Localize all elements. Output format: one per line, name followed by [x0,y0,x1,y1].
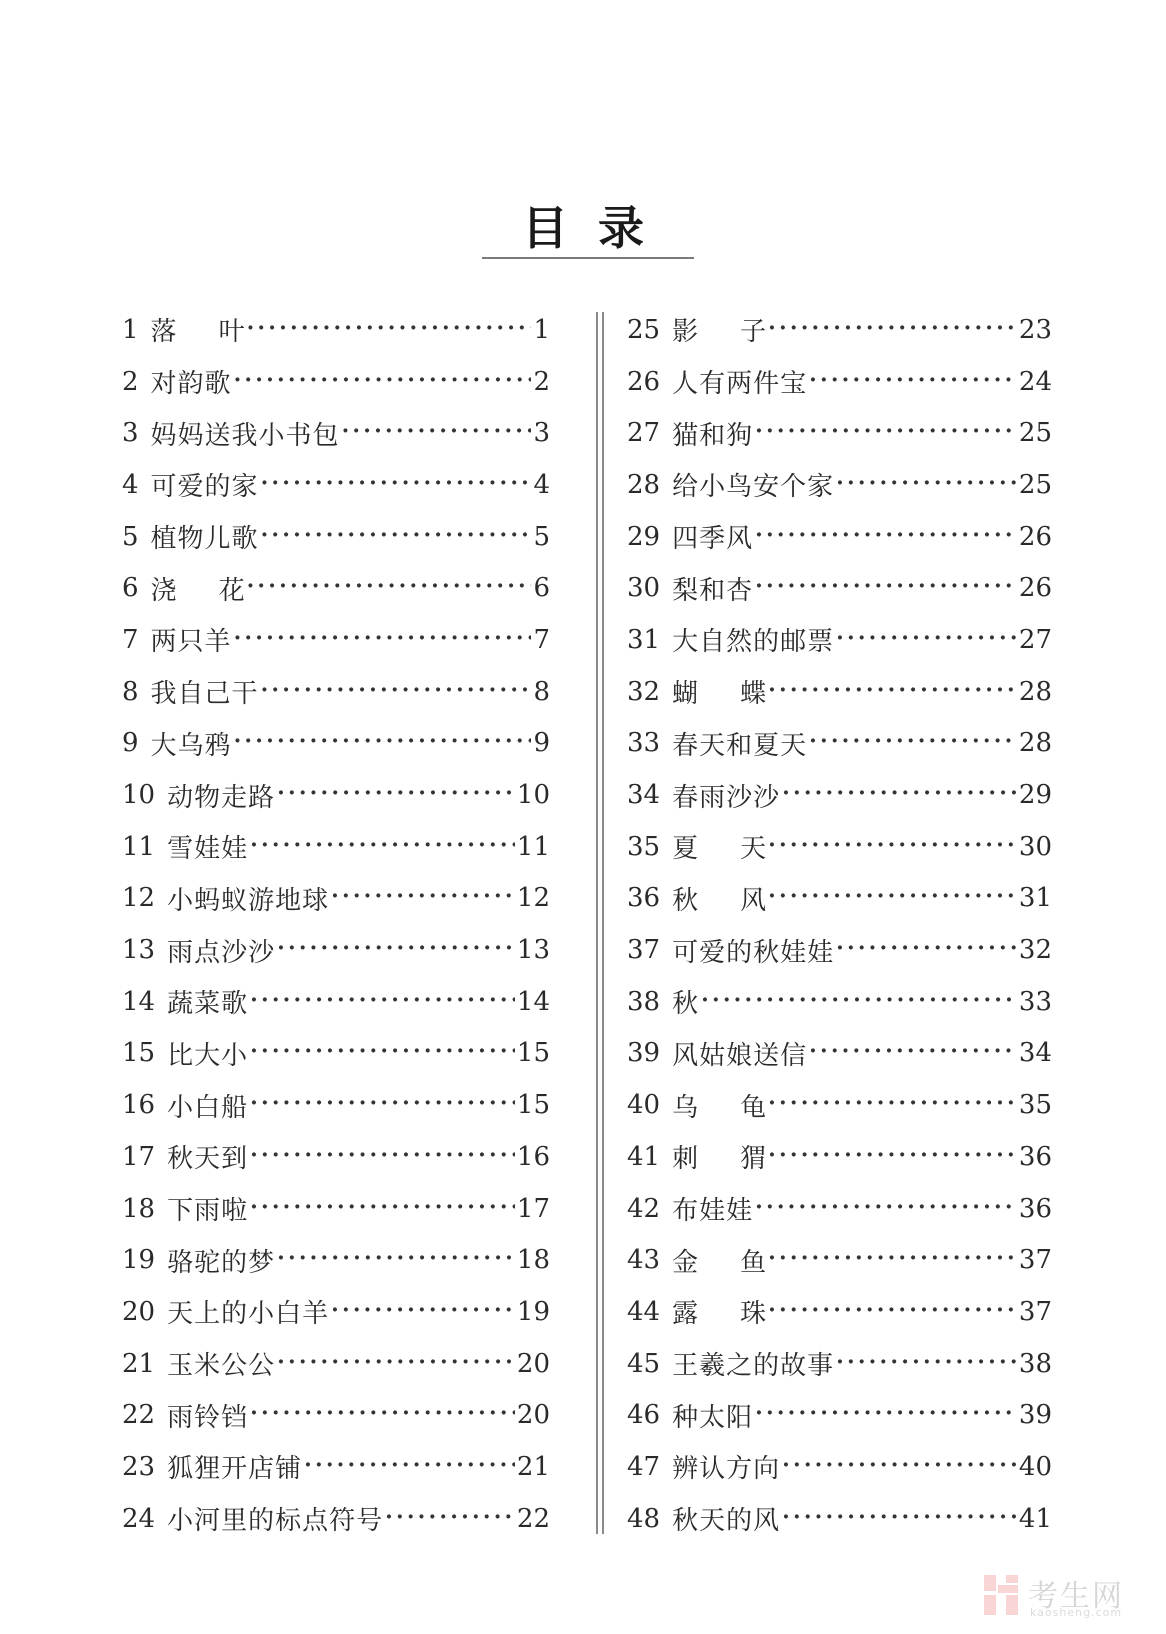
entry-page-number: 30 [1019,832,1052,862]
entry-page-number: 14 [517,987,550,1017]
entry-title: 雨铃铛 [167,1397,248,1434]
entry-title: 大乌鸦 [151,725,232,762]
dot-leader [755,524,1017,550]
entry-number: 15 [122,1038,167,1068]
dot-leader [385,1506,515,1532]
dot-leader [809,1040,1017,1066]
toc-entry[interactable]: 40乌龟35 [627,1079,1052,1131]
entry-number: 32 [627,677,672,707]
dot-leader [809,369,1017,395]
dot-leader [768,1247,1017,1273]
dot-leader [277,1351,515,1377]
entry-page-number: 29 [1019,780,1052,810]
entry-title: 人有两件宝 [672,363,807,400]
page-title: 目录 [0,198,1166,258]
entry-page-number: 37 [1019,1297,1052,1327]
toc-entry[interactable]: 4可爱的家4 [122,459,550,511]
entry-title: 下雨啦 [167,1190,248,1227]
title-underline [482,257,694,259]
entry-title: 落叶 [151,311,245,348]
entry-number: 17 [122,1142,167,1172]
toc-entry[interactable]: 46种太阳39 [627,1389,1052,1441]
entry-page-number: 33 [1019,987,1052,1017]
entry-number: 22 [122,1400,167,1430]
entry-page-number: 2 [533,367,550,397]
entry-number: 37 [627,935,672,965]
entry-title: 金鱼 [672,1242,766,1279]
entry-number: 18 [122,1194,167,1224]
entry-number: 47 [627,1452,672,1482]
entry-page-number: 26 [1019,522,1052,552]
entry-number: 25 [627,315,672,345]
entry-title: 猫和狗 [672,415,753,452]
entry-title: 雪娃娃 [167,828,248,865]
entry-number: 7 [122,625,151,655]
entry-number: 29 [627,522,672,552]
dot-leader [247,575,532,601]
dot-leader [234,730,532,756]
toc-entry[interactable]: 42布娃娃36 [627,1183,1052,1235]
toc-entry[interactable]: 5植物儿歌5 [122,511,550,563]
dot-leader [755,1196,1017,1222]
toc-entry[interactable]: 15比大小15 [122,1028,550,1080]
entry-title: 露珠 [672,1293,766,1330]
entry-number: 11 [122,832,167,862]
entry-number: 46 [627,1400,672,1430]
entry-page-number: 12 [517,883,550,913]
entry-number: 10 [122,780,167,810]
toc-entry[interactable]: 34春雨沙沙29 [627,769,1052,821]
entry-number: 23 [122,1452,167,1482]
entry-number: 48 [627,1504,672,1534]
entry-number: 27 [627,418,672,448]
watermark-logo-icon [984,1575,1018,1615]
entry-page-number: 40 [1019,1452,1052,1482]
entry-page-number: 25 [1019,418,1052,448]
dot-leader [304,1454,515,1480]
dot-leader [768,317,1017,343]
toc-entry[interactable]: 30梨和杏26 [627,562,1052,614]
toc-entry[interactable]: 14蔬菜歌14 [122,976,550,1028]
entry-title: 小蚂蚁游地球 [167,880,329,917]
dot-leader [331,885,515,911]
dot-leader [755,575,1017,601]
entry-page-number: 36 [1019,1194,1052,1224]
toc-entry[interactable]: 18下雨啦17 [122,1183,550,1235]
entry-number: 21 [122,1349,167,1379]
entry-number: 1 [122,315,151,345]
entry-title: 玉米公公 [167,1345,275,1382]
entry-page-number: 41 [1019,1504,1052,1534]
dot-leader [261,679,532,705]
entry-page-number: 15 [517,1090,550,1120]
entry-page-number: 31 [1019,883,1052,913]
dot-leader [250,1092,515,1118]
entry-number: 16 [122,1090,167,1120]
entry-title: 秋风 [672,880,766,917]
toc-entry[interactable]: 43金鱼37 [627,1234,1052,1286]
dot-leader [250,1402,515,1428]
entry-number: 35 [627,832,672,862]
toc-entry[interactable]: 2对韵歌2 [122,356,550,408]
entry-page-number: 38 [1019,1349,1052,1379]
entry-title: 王羲之的故事 [672,1345,834,1382]
entry-page-number: 15 [517,1038,550,1068]
dot-leader [342,420,532,446]
entry-number: 45 [627,1349,672,1379]
dot-leader [250,1040,515,1066]
entry-page-number: 20 [517,1400,550,1430]
toc-entry[interactable]: 32蝴蝶28 [627,666,1052,718]
entry-number: 40 [627,1090,672,1120]
entry-title: 秋 [672,983,699,1020]
dot-leader [755,420,1017,446]
entry-title: 给小鸟安个家 [672,466,834,503]
toc-entry[interactable]: 26人有两件宝24 [627,356,1052,408]
entry-number: 20 [122,1297,167,1327]
watermark-url: kaosheng.com [1030,1606,1122,1619]
entry-number: 30 [627,573,672,603]
entry-number: 5 [122,522,151,552]
entry-title: 影子 [672,311,766,348]
entry-number: 12 [122,883,167,913]
entry-title: 植物儿歌 [151,518,259,555]
toc-entry[interactable]: 19骆驼的梦18 [122,1234,550,1286]
toc-entry[interactable]: 3妈妈送我小书包3 [122,407,550,459]
entry-title: 四季风 [672,518,753,555]
entry-title: 夏天 [672,828,766,865]
dot-leader [701,989,1017,1015]
toc-column-right: 25影子2326人有两件宝2427猫和狗2528给小鸟安个家2529四季风263… [627,304,1052,1545]
toc-column-left: 1落叶12对韵歌23妈妈送我小书包34可爱的家45植物儿歌56浇花67两只羊78… [122,304,550,1545]
dot-leader [836,472,1017,498]
entry-title: 可爱的秋娃娃 [672,932,834,969]
entry-number: 8 [122,677,151,707]
entry-page-number: 23 [1019,315,1052,345]
toc-entry[interactable]: 7两只羊7 [122,614,550,666]
entry-title: 梨和杏 [672,570,753,607]
toc-entry[interactable]: 33春天和夏天28 [627,718,1052,770]
entry-title: 妈妈送我小书包 [151,415,340,452]
entry-page-number: 36 [1019,1142,1052,1172]
entry-page-number: 20 [517,1349,550,1379]
dot-leader [768,1144,1017,1170]
entry-page-number: 11 [517,832,550,862]
entry-number: 36 [627,883,672,913]
entry-title: 种太阳 [672,1397,753,1434]
dot-leader [261,524,532,550]
entry-number: 26 [627,367,672,397]
toc-entry[interactable]: 41刺猬36 [627,1131,1052,1183]
entry-number: 33 [627,728,672,758]
entry-page-number: 13 [517,935,550,965]
entry-page-number: 21 [517,1452,550,1482]
toc-entry[interactable]: 48秋天的风41 [627,1493,1052,1545]
entry-number: 44 [627,1297,672,1327]
dot-leader [836,937,1017,963]
toc-entry[interactable]: 47辨认方向40 [627,1441,1052,1493]
entry-title: 对韵歌 [151,363,232,400]
entry-page-number: 37 [1019,1245,1052,1275]
toc-entry[interactable]: 38秋33 [627,976,1052,1028]
dot-leader [277,937,515,963]
entry-title: 蝴蝶 [672,673,766,710]
toc-entry[interactable]: 22雨铃铛20 [122,1389,550,1441]
entry-title: 动物走路 [167,777,275,814]
entry-page-number: 3 [533,418,550,448]
entry-page-number: 28 [1019,728,1052,758]
dot-leader [782,1506,1017,1532]
entry-page-number: 8 [533,677,550,707]
entry-number: 6 [122,573,151,603]
dot-leader [250,989,515,1015]
entry-number: 2 [122,367,151,397]
toc-entry[interactable]: 39风姑娘送信34 [627,1028,1052,1080]
entry-number: 41 [627,1142,672,1172]
entry-page-number: 18 [517,1245,550,1275]
entry-page-number: 17 [517,1194,550,1224]
entry-number: 42 [627,1194,672,1224]
toc-entry[interactable]: 1落叶1 [122,304,550,356]
entry-page-number: 5 [533,522,550,552]
entry-page-number: 6 [533,573,550,603]
toc-entry[interactable]: 16小白船15 [122,1079,550,1131]
entry-title: 大自然的邮票 [672,621,834,658]
toc-entry[interactable]: 31大自然的邮票27 [627,614,1052,666]
dot-leader [234,627,532,653]
entry-page-number: 16 [517,1142,550,1172]
entry-title: 蔬菜歌 [167,983,248,1020]
entry-page-number: 10 [517,780,550,810]
dot-leader [768,1299,1017,1325]
toc-entry[interactable]: 44露珠37 [627,1286,1052,1338]
toc-entry[interactable]: 25影子23 [627,304,1052,356]
entry-page-number: 24 [1019,367,1052,397]
dot-leader [247,317,532,343]
dot-leader [782,1454,1017,1480]
toc-entry[interactable]: 27猫和狗25 [627,407,1052,459]
entry-number: 13 [122,935,167,965]
entry-page-number: 9 [533,728,550,758]
entry-title: 雨点沙沙 [167,932,275,969]
toc-entry[interactable]: 9大乌鸦9 [122,718,550,770]
entry-title: 布娃娃 [672,1190,753,1227]
entry-title: 天上的小白羊 [167,1293,329,1330]
toc-entry[interactable]: 6浇花6 [122,562,550,614]
toc-entry[interactable]: 12小蚂蚁游地球12 [122,873,550,925]
entry-number: 24 [122,1504,167,1534]
dot-leader [809,730,1017,756]
entry-page-number: 7 [533,625,550,655]
entry-page-number: 35 [1019,1090,1052,1120]
entry-title: 风姑娘送信 [672,1035,807,1072]
entry-title: 狐狸开店铺 [167,1448,302,1485]
entry-title: 两只羊 [151,621,232,658]
dot-leader [234,369,532,395]
dot-leader [261,472,532,498]
dot-leader [768,834,1017,860]
dot-leader [782,782,1017,808]
entry-page-number: 26 [1019,573,1052,603]
toc-entry[interactable]: 11雪娃娃11 [122,821,550,873]
entry-page-number: 4 [533,470,550,500]
entry-title: 我自己干 [151,673,259,710]
entry-title: 骆驼的梦 [167,1242,275,1279]
entry-number: 4 [122,470,151,500]
entry-title: 春天和夏天 [672,725,807,762]
entry-number: 3 [122,418,151,448]
toc-entry[interactable]: 20天上的小白羊19 [122,1286,550,1338]
toc-entry[interactable]: 45王羲之的故事38 [627,1338,1052,1390]
toc-entry[interactable]: 35夏天30 [627,821,1052,873]
toc-entry[interactable]: 13雨点沙沙13 [122,924,550,976]
toc-entry[interactable]: 17秋天到16 [122,1131,550,1183]
entry-page-number: 34 [1019,1038,1052,1068]
entry-title: 乌龟 [672,1087,766,1124]
column-divider [596,312,604,1534]
dot-leader [250,1144,515,1170]
dot-leader [836,1351,1017,1377]
toc-entry[interactable]: 36秋风31 [627,873,1052,925]
toc-entry[interactable]: 24小河里的标点符号22 [122,1493,550,1545]
toc-entry[interactable]: 10动物走路10 [122,769,550,821]
dot-leader [331,1299,515,1325]
entry-title: 可爱的家 [151,466,259,503]
entry-number: 34 [627,780,672,810]
entry-number: 19 [122,1245,167,1275]
entry-number: 38 [627,987,672,1017]
entry-page-number: 39 [1019,1400,1052,1430]
entry-number: 43 [627,1245,672,1275]
dot-leader [277,782,515,808]
dot-leader [277,1247,515,1273]
entry-title: 春雨沙沙 [672,777,780,814]
dot-leader [250,834,515,860]
dot-leader [250,1196,515,1222]
entry-number: 31 [627,625,672,655]
entry-page-number: 32 [1019,935,1052,965]
entry-title: 小河里的标点符号 [167,1500,383,1537]
entry-page-number: 19 [517,1297,550,1327]
entry-title: 比大小 [167,1035,248,1072]
watermark: 考生网 kaosheng.com [984,1573,1166,1623]
toc-entry[interactable]: 8我自己干8 [122,666,550,718]
toc-entry[interactable]: 28给小鸟安个家25 [627,459,1052,511]
dot-leader [768,679,1017,705]
entry-page-number: 27 [1019,625,1052,655]
dot-leader [836,627,1017,653]
entry-title: 浇花 [151,570,245,607]
entry-number: 9 [122,728,151,758]
toc-entry[interactable]: 23狐狸开店铺21 [122,1441,550,1493]
dot-leader [768,1092,1017,1118]
entry-page-number: 25 [1019,470,1052,500]
toc-entry[interactable]: 37可爱的秋娃娃32 [627,924,1052,976]
toc-entry[interactable]: 29四季风26 [627,511,1052,563]
entry-title: 秋天的风 [672,1500,780,1537]
entry-number: 14 [122,987,167,1017]
entry-number: 39 [627,1038,672,1068]
entry-page-number: 1 [533,315,550,345]
dot-leader [755,1402,1017,1428]
entry-title: 小白船 [167,1087,248,1124]
entry-page-number: 28 [1019,677,1052,707]
toc-entry[interactable]: 21玉米公公20 [122,1338,550,1390]
entry-number: 28 [627,470,672,500]
entry-title: 秋天到 [167,1138,248,1175]
entry-title: 辨认方向 [672,1448,780,1485]
entry-page-number: 22 [517,1504,550,1534]
dot-leader [768,885,1017,911]
entry-title: 刺猬 [672,1138,766,1175]
